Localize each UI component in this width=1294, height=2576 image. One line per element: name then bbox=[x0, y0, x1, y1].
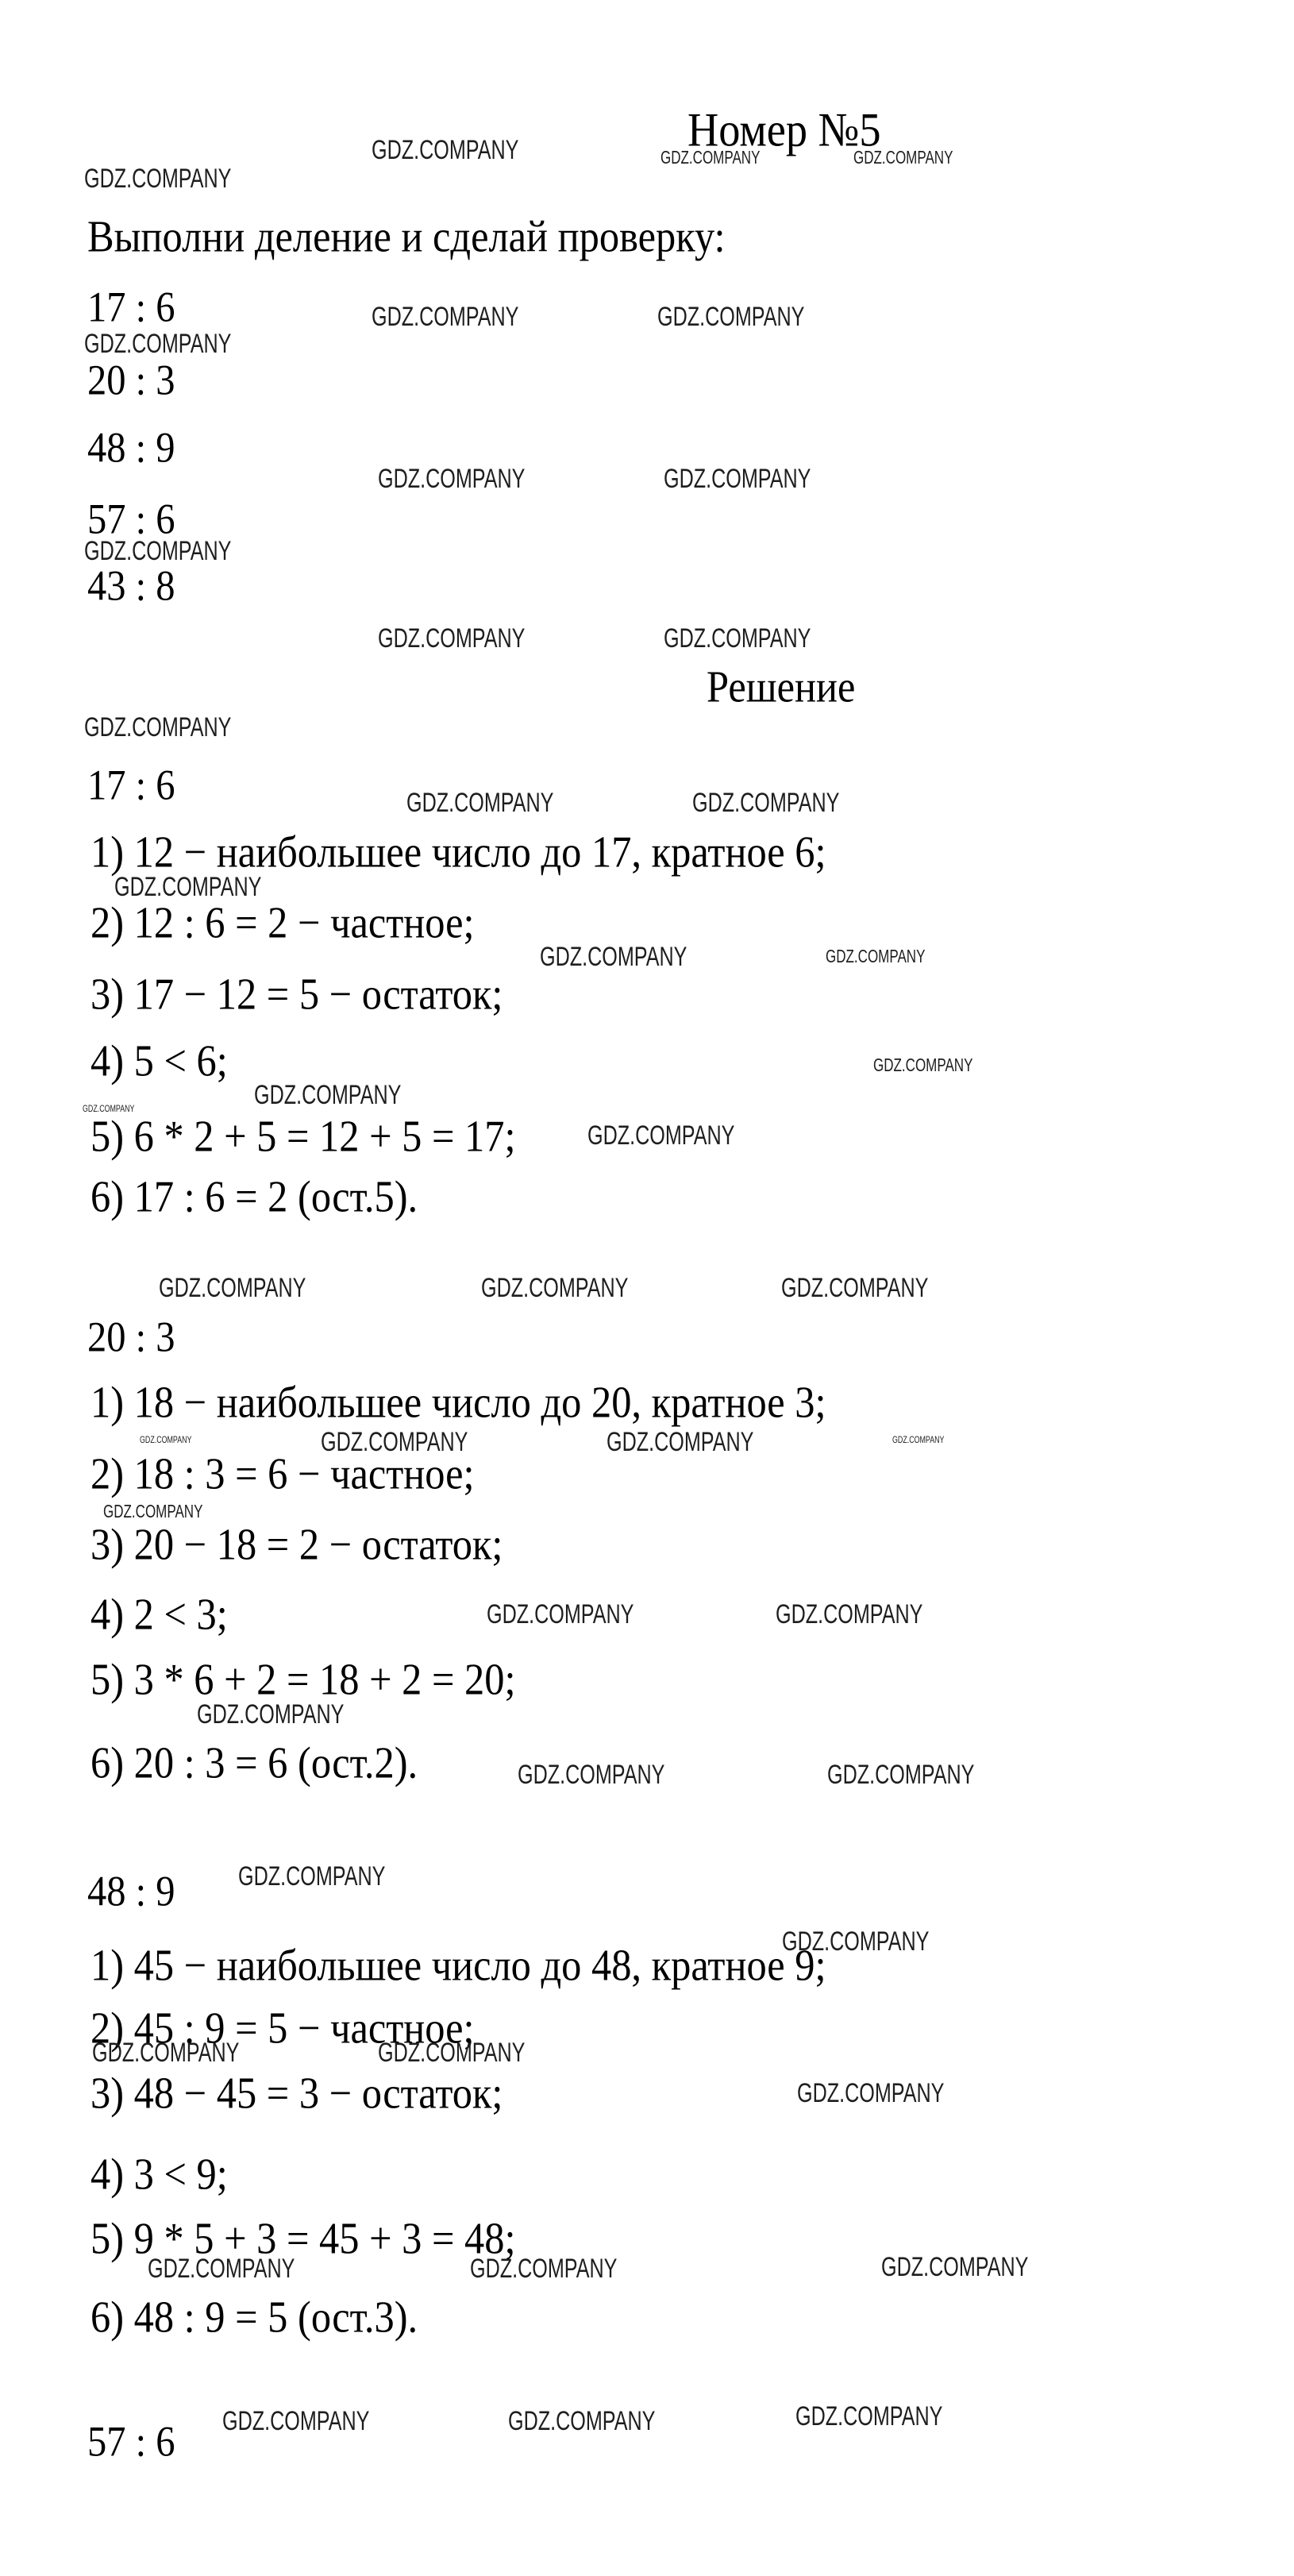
watermark: GDZ.COMPANY bbox=[92, 2039, 239, 2066]
watermark: GDZ.COMPANY bbox=[781, 1275, 928, 1301]
task-heading: Выполни деление и сделай проверку: bbox=[87, 215, 726, 260]
watermark: GDZ.COMPANY bbox=[782, 1928, 929, 1955]
watermark: GDZ.COMPANY bbox=[481, 1275, 628, 1301]
watermark: GDZ.COMPANY bbox=[660, 148, 760, 167]
solution-step: 6) 17 : 6 = 2 (ост.5). bbox=[91, 1175, 418, 1220]
watermark: GDZ.COMPANY bbox=[84, 165, 231, 192]
watermark: GDZ.COMPANY bbox=[140, 1435, 191, 1444]
solution-problem: 17 : 6 bbox=[87, 763, 175, 806]
watermark: GDZ.COMPANY bbox=[487, 1601, 634, 1628]
watermark: GDZ.COMPANY bbox=[222, 2408, 369, 2435]
solution-step: 4) 3 < 9; bbox=[91, 2153, 228, 2197]
solution-problem: 48 : 9 bbox=[87, 1869, 175, 1912]
solution-problem: 20 : 3 bbox=[87, 1315, 175, 1358]
watermark: GDZ.COMPANY bbox=[518, 1761, 664, 1788]
solution-step: 5) 6 * 2 + 5 = 12 + 5 = 17; bbox=[91, 1115, 516, 1159]
watermark: GDZ.COMPANY bbox=[607, 1429, 753, 1456]
solution-step: 4) 2 < 3; bbox=[91, 1593, 228, 1637]
solution-step: 5) 3 * 6 + 2 = 18 + 2 = 20; bbox=[91, 1658, 516, 1703]
watermark: GDZ.COMPANY bbox=[826, 947, 925, 966]
solution-step: 3) 20 − 18 = 2 − остаток; bbox=[91, 1523, 503, 1568]
watermark: GDZ.COMPANY bbox=[657, 303, 804, 330]
solution-step: 3) 48 − 45 = 3 − остаток; bbox=[91, 2072, 503, 2116]
watermark: GDZ.COMPANY bbox=[372, 137, 518, 164]
solution-problem: 57 : 6 bbox=[87, 2420, 175, 2462]
watermark: GDZ.COMPANY bbox=[378, 2039, 525, 2066]
watermark: GDZ.COMPANY bbox=[587, 1122, 734, 1149]
watermark: GDZ.COMPANY bbox=[148, 2255, 295, 2282]
watermark: GDZ.COMPANY bbox=[84, 714, 231, 741]
problem-expression: 43 : 8 bbox=[87, 564, 175, 607]
watermark: GDZ.COMPANY bbox=[881, 2254, 1028, 2281]
watermark: GDZ.COMPANY bbox=[378, 465, 525, 492]
watermark: GDZ.COMPANY bbox=[853, 148, 953, 167]
watermark: GDZ.COMPANY bbox=[827, 1761, 974, 1788]
watermark: GDZ.COMPANY bbox=[84, 330, 231, 357]
watermark: GDZ.COMPANY bbox=[664, 465, 811, 492]
watermark: GDZ.COMPANY bbox=[103, 1502, 202, 1521]
watermark: GDZ.COMPANY bbox=[692, 789, 839, 816]
solution-step: 2) 12 : 6 = 2 − частное; bbox=[91, 901, 474, 946]
watermark: GDZ.COMPANY bbox=[873, 1056, 972, 1074]
problem-expression: 57 : 6 bbox=[87, 497, 175, 540]
solution-heading: Решение bbox=[707, 665, 855, 710]
solution-step: 1) 12 − наибольшее число до 17, кратное … bbox=[91, 831, 826, 875]
watermark: GDZ.COMPANY bbox=[797, 2080, 944, 2107]
watermark: GDZ.COMPANY bbox=[84, 538, 231, 565]
watermark: GDZ.COMPANY bbox=[406, 789, 553, 816]
watermark: GDZ.COMPANY bbox=[159, 1275, 306, 1301]
watermark: GDZ.COMPANY bbox=[378, 625, 525, 652]
problem-expression: 48 : 9 bbox=[87, 426, 175, 469]
watermark: GDZ.COMPANY bbox=[197, 1701, 344, 1728]
watermark: GDZ.COMPANY bbox=[470, 2255, 617, 2282]
page: Номер №5 Выполни деление и сделай провер… bbox=[0, 0, 1294, 2576]
watermark: GDZ.COMPANY bbox=[540, 943, 687, 970]
problem-expression: 20 : 3 bbox=[87, 358, 175, 401]
problem-expression: 17 : 6 bbox=[87, 285, 175, 328]
solution-step: 4) 5 < 6; bbox=[91, 1039, 228, 1084]
watermark: GDZ.COMPANY bbox=[372, 303, 518, 330]
solution-step: 1) 18 − наибольшее число до 20, кратное … bbox=[91, 1381, 826, 1425]
watermark: GDZ.COMPANY bbox=[321, 1429, 468, 1456]
watermark: GDZ.COMPANY bbox=[114, 873, 261, 900]
solution-step: 1) 45 − наибольшее число до 48, кратное … bbox=[91, 1944, 826, 1988]
solution-step: 2) 18 : 3 = 6 − частное; bbox=[91, 1452, 474, 1497]
watermark: GDZ.COMPANY bbox=[795, 2403, 942, 2430]
solution-step: 6) 20 : 3 = 6 (ост.2). bbox=[91, 1741, 418, 1786]
watermark: GDZ.COMPANY bbox=[508, 2408, 655, 2435]
watermark: GDZ.COMPANY bbox=[238, 1863, 385, 1890]
watermark: GDZ.COMPANY bbox=[254, 1082, 401, 1109]
solution-step: 6) 48 : 9 = 5 (ост.3). bbox=[91, 2296, 418, 2340]
watermark: GDZ.COMPANY bbox=[892, 1435, 944, 1444]
watermark: GDZ.COMPANY bbox=[664, 625, 811, 652]
watermark: GDZ.COMPANY bbox=[776, 1601, 922, 1628]
solution-step: 3) 17 − 12 = 5 − остаток; bbox=[91, 973, 503, 1017]
watermark: GDZ.COMPANY bbox=[83, 1104, 134, 1113]
